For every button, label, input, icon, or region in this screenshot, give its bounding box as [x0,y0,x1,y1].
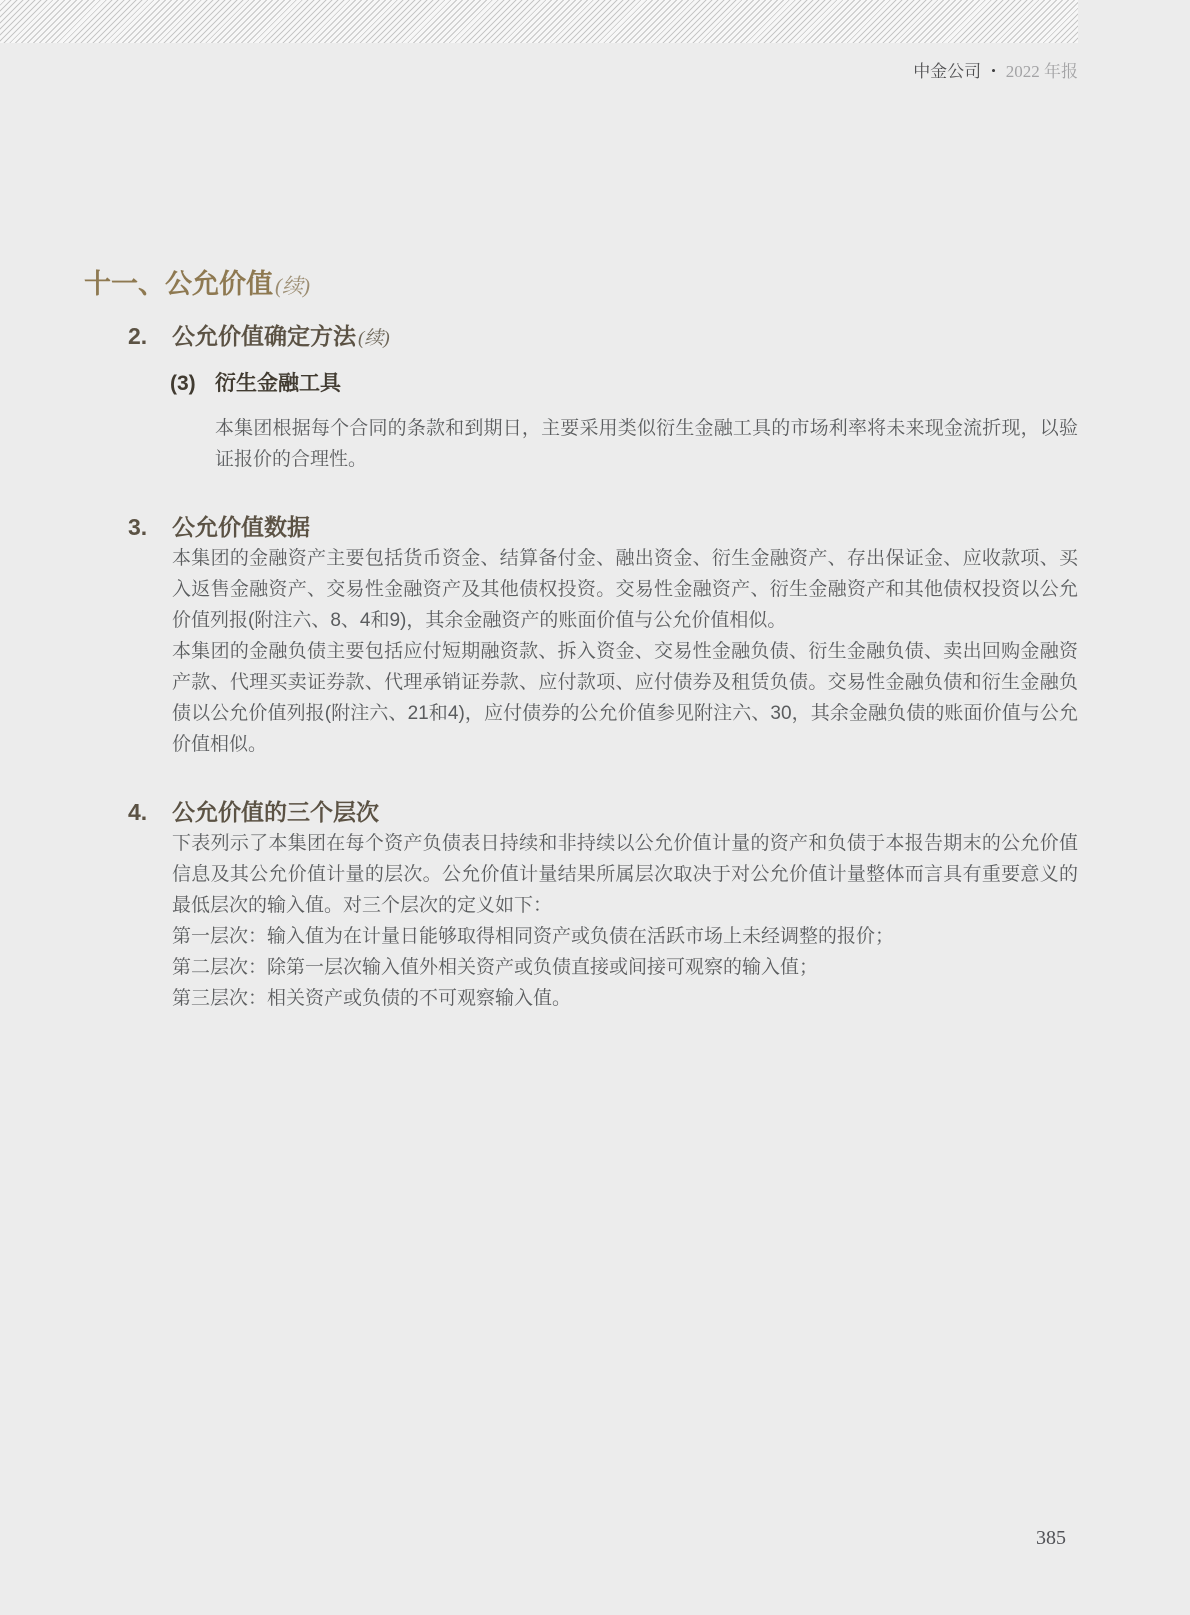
section-2-continued-marker: (续) [358,328,390,349]
section-4-intro-paragraph: 下表列示了本集团在每个资产负债表日持续和非持续以公允价值计量的资产和负债于本报告… [172,828,1078,921]
section-4-heading: 4. 公允价值的三个层次 [128,796,1078,828]
fair-value-level-1: 第一层次：输入值为在计量日能够取得相同资产或负债在活跃市场上未经调整的报价； [172,921,1078,952]
subsection-3-title: 衍生金融工具 [215,369,341,399]
subsection-3-paragraph: 本集团根据每个合同的条款和到期日，主要采用类似衍生金融工具的市场利率将未来现金流… [215,413,1078,475]
section-3-title: 公允价值数据 [172,511,310,543]
chapter-title: 十一、公允价值 [84,269,273,299]
section-2-number: 2. [128,320,172,355]
annual-report-page: 中金公司•2022 年报 十一、公允价值(续) 2. 公允价值确定方法(续) (… [0,0,1190,1615]
fair-value-level-2: 第二层次：除第一层次输入值外相关资产或负债直接或间接可观察的输入值； [172,952,1078,983]
section-4-title: 公允价值的三个层次 [172,796,379,828]
section-2-heading: 2. 公允价值确定方法(续) [128,320,1078,355]
section-2-title-wrap: 公允价值确定方法(续) [172,320,390,355]
section-3-paragraph-1: 本集团的金融资产主要包括货币资金、结算备付金、融出资金、衍生金融资产、存出保证金… [172,543,1078,636]
section-4-number: 4. [128,796,172,828]
subsection-3-number: (3) [170,369,215,399]
section-3-number: 3. [128,511,172,543]
subsection-3-heading: (3) 衍生金融工具 [170,369,1078,399]
section-2-title: 公允价值确定方法 [172,323,356,349]
chapter-heading: 十一、公允价值(续) [84,266,1078,304]
section-3-heading: 3. 公允价值数据 [128,511,1078,543]
chapter-continued-marker: (续) [275,274,310,298]
fair-value-level-3: 第三层次：相关资产或负债的不可观察输入值。 [172,983,1078,1014]
page-content: 十一、公允价值(续) 2. 公允价值确定方法(续) (3) 衍生金融工具 本集团… [84,0,1078,1014]
page-number: 385 [1036,1526,1066,1550]
section-3-paragraph-2: 本集团的金融负债主要包括应付短期融资款、拆入资金、交易性金融负债、衍生金融负债、… [172,636,1078,760]
